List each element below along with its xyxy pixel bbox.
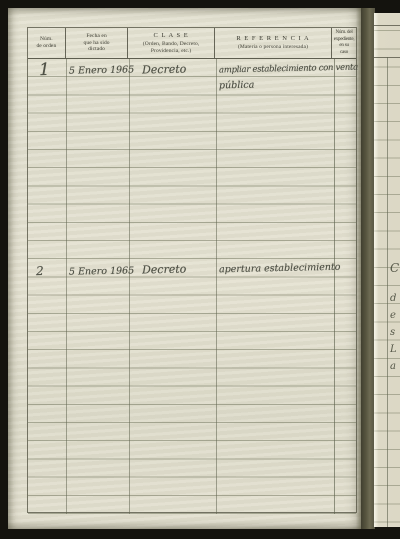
register-table: Núm. de orden Fecha en que ha sido dicta…: [27, 27, 357, 513]
entry-2-class: Decreto: [142, 263, 187, 277]
column-divider: [334, 59, 335, 514]
adjacent-page-handwriting-fragment: e: [390, 310, 396, 321]
book-gutter-shadow: [356, 8, 375, 529]
entry-1-class: Decreto: [142, 63, 187, 77]
adjacent-page-handwriting-fragment: d: [390, 293, 396, 304]
column-header-expediente: Núm. del expediente, en su caso: [332, 28, 356, 58]
scanned-register-photo: Núm. de orden Fecha en que ha sido dicta…: [0, 0, 400, 539]
entry-2-reference-line1: apertura establecimiento: [219, 262, 341, 276]
adjacent-page-edge: C d e s L a: [374, 13, 400, 527]
column-divider: [66, 59, 67, 514]
column-header-clase-title: C L A S E: [154, 32, 189, 40]
column-header-fecha: Fecha en que ha sido dictado: [66, 28, 129, 58]
table-body: 1 5 Enero 1965 Decreto ampliar estableci…: [28, 59, 356, 514]
adjacent-page-handwriting-fragment: C: [390, 261, 399, 275]
entry-1-reference-line1: ampliar establecimiento con venta: [219, 63, 358, 76]
adjacent-page-handwriting-fragment: s: [390, 327, 395, 338]
entry-1-date: 5 Enero 1965: [69, 64, 134, 76]
column-header-clase: C L A S E (Orden, Bando, Decreto, Provid…: [128, 28, 214, 58]
column-divider: [129, 59, 130, 514]
column-header-referencia-title: R E F E R E N C I A: [236, 35, 309, 43]
column-header-num: Núm. de orden: [28, 28, 66, 58]
adjacent-page-rule: [374, 25, 400, 26]
adjacent-page-handwriting-fragment: a: [390, 361, 396, 372]
adjacent-page-handwriting-fragment: L: [390, 344, 397, 355]
column-divider: [216, 59, 217, 514]
adjacent-page-column-line: [387, 57, 388, 527]
entry-2-number: 2: [36, 264, 44, 278]
entry-1-number: 1: [39, 60, 50, 80]
column-header-referencia-subtitle: (Materia o persona interesada): [238, 44, 308, 51]
table-header-row: Núm. de orden Fecha en que ha sido dicta…: [28, 28, 356, 59]
entry-2-date: 5 Enero 1965: [69, 265, 134, 277]
entry-1-reference-line2: pública: [219, 80, 255, 92]
column-header-clase-subtitle: (Orden, Bando, Decreto, Providencia, etc…: [143, 41, 200, 55]
column-header-referencia: R E F E R E N C I A (Materia o persona i…: [215, 28, 332, 58]
register-page: Núm. de orden Fecha en que ha sido dicta…: [8, 8, 361, 529]
